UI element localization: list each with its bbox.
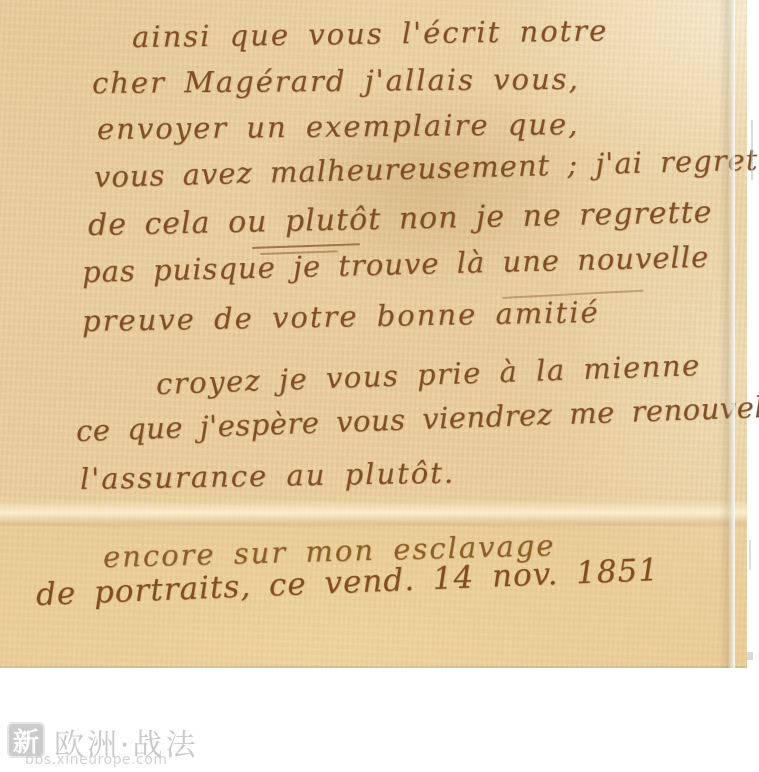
letter-line: envoyer un exemplaire que, — [97, 105, 580, 148]
fold-crease — [0, 500, 747, 528]
paper-torn-edge — [719, 0, 735, 668]
scan-edge-mark — [751, 120, 753, 180]
logo-glyph: 新 — [13, 722, 39, 759]
scan-edge-mark — [749, 540, 751, 570]
watermark-site-name: 欧洲·战法 — [54, 720, 199, 764]
letter-line: cher Magérard j'allais vous, — [92, 60, 580, 102]
xineurope-logo-icon: 新 — [7, 722, 45, 758]
watermark-site-url: bbs.xineurope.com — [25, 752, 167, 768]
letter-paper: ainsi que vous l'écrit notre cher Magéra… — [0, 0, 747, 668]
letter-line: l'assurance au plutôt. — [80, 453, 456, 498]
scan-page: ainsi que vous l'écrit notre cher Magéra… — [0, 0, 759, 772]
scan-edge-mark — [747, 652, 753, 660]
letter-line: ainsi que vous l'écrit notre — [132, 11, 609, 56]
